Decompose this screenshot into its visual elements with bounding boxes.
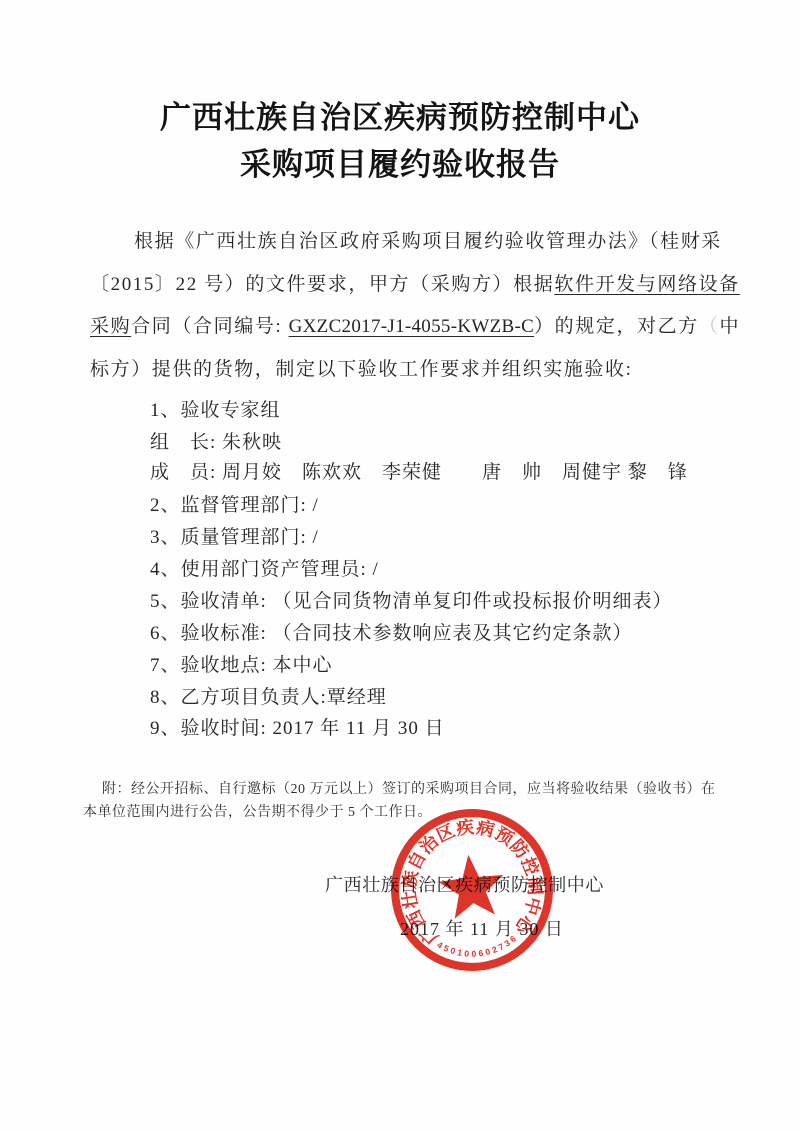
faint-parenthesis: （	[699, 316, 720, 337]
list-item-acceptance-standard: 6、验收标准: （合同技术参数响应表及其它约定条款）	[150, 618, 633, 645]
document-title-line-1: 广西壮族自治区疾病预防控制中心	[0, 92, 800, 137]
paragraph-line-4: 标方）提供的货物，制定以下验收工作要求并组织实施验收:	[90, 357, 735, 382]
list-item-supervision-dept: 2、监督管理部门: /	[150, 490, 319, 517]
paragraph-line-3: 采购合同（合同编号: GXZC2017-J1-4055-KWZB-C）的规定，对…	[90, 314, 735, 339]
contract-number: GXZC2017-J1-4055-KWZB-C	[289, 316, 534, 337]
official-seal: 广西壮族自治区疾病预防控制中心 450100602736	[377, 795, 566, 984]
list-item-asset-manager: 4、使用部门资产管理员: /	[150, 554, 379, 581]
list-item-group-members: 成 员: 周月姣 陈欢欢 李荣健 唐 帅 周健宇 黎 锋	[150, 457, 688, 484]
document-title-line-2: 采购项目履约验收报告	[0, 139, 800, 184]
list-item-party-b-manager: 8、乙方项目负责人:覃经理	[150, 682, 387, 709]
paragraph-line-3-text-a: 合同（合同编号:	[131, 316, 288, 337]
underlined-contract-name-part1: 软件开发与网络设备	[554, 274, 739, 295]
paragraph-line-3-text-c: 中	[720, 316, 741, 337]
paragraph-line-1: 根据《广西壮族自治区政府采购项目履约验收管理办法》（桂财采	[90, 229, 735, 254]
list-item-acceptance-place: 7、验收地点: 本中心	[150, 650, 333, 677]
seal-star-icon	[436, 851, 508, 920]
scanned-document-page: 广西壮族自治区疾病预防控制中心 采购项目履约验收报告 根据《广西壮族自治区政府采…	[0, 0, 800, 1132]
list-item-expert-group: 1、验收专家组	[150, 395, 281, 422]
paragraph-line-3-text-b: ）的规定，对乙方	[534, 316, 699, 337]
paragraph-line-2: 〔2015〕22 号）的文件要求，甲方（采购方）根据软件开发与网络设备	[90, 272, 735, 297]
list-item-acceptance-time: 9、验收时间: 2017 年 11 月 30 日	[150, 713, 445, 740]
appendix-note-line-1: 附：经公开招标、自行邀标（20 万元以上）签订的采购项目合同，应当将验收结果（验…	[102, 778, 716, 798]
list-item-quality-dept: 3、质量管理部门: /	[150, 522, 319, 549]
paragraph-line-2-text: 〔2015〕22 号）的文件要求，甲方（采购方）根据	[90, 274, 554, 295]
underlined-contract-name-part2: 采购	[90, 316, 131, 337]
list-item-acceptance-list: 5、验收清单: （见合同货物清单复印件或投标报价明细表）	[150, 586, 673, 613]
list-item-group-leader: 组 长: 朱秋映	[150, 427, 282, 454]
